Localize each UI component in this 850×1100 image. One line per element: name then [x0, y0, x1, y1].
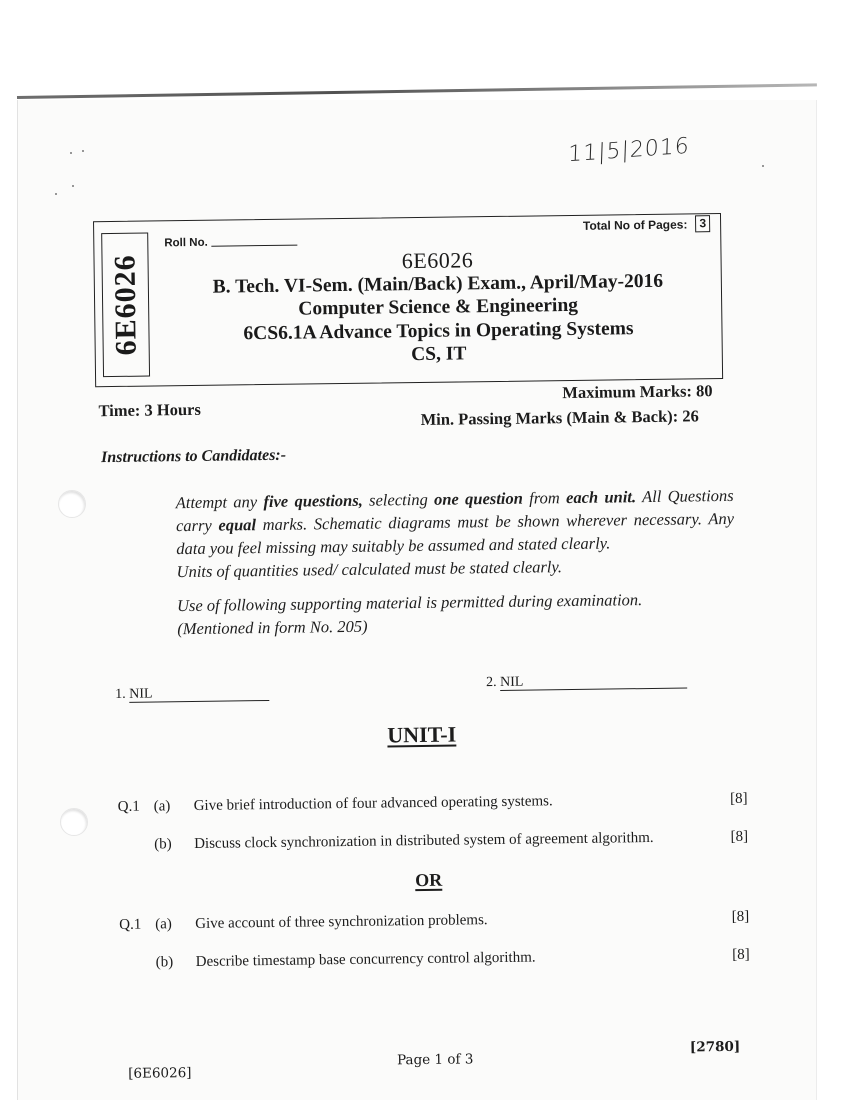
question-marks: [8] [722, 947, 750, 964]
instructions-heading: Instructions to Candidates:- [101, 447, 286, 467]
side-code: 6E6026 [108, 254, 143, 355]
header-box: 6E6026 Roll No. Total No of Pages: 3 6E6… [93, 213, 723, 387]
question-text: Discuss clock synchronization in distrib… [194, 829, 720, 853]
exam-title-block: 6E6026 B. Tech. VI-Sem. (Main/Back) Exam… [154, 245, 721, 370]
question-row: (b) Describe timestamp base concurrency … [120, 947, 750, 972]
page-number: Page 1 of 3 [397, 1051, 474, 1068]
question-part-label: (b) [156, 954, 196, 972]
question-number: Q.1 [118, 799, 154, 816]
emphasis: each unit. [566, 487, 636, 507]
roll-no-field: Roll No. [164, 236, 298, 250]
question-part-label: (b) [154, 836, 194, 854]
question-text: Describe timestamp base concurrency cont… [196, 947, 722, 971]
question-marks: [8] [720, 829, 748, 846]
text: marks. Schematic diagrams must be shown … [176, 509, 734, 558]
side-code-box: 6E6026 [101, 233, 150, 378]
material-number: 2. [486, 675, 497, 690]
question-text: Give account of three synchronization pr… [195, 909, 721, 933]
question-row: Q.1 (a) Give brief introduction of four … [118, 791, 748, 816]
text: selecting [363, 490, 435, 510]
question-row: Q.1 (a) Give account of three synchroniz… [119, 909, 749, 934]
question-text: Give brief introduction of four advanced… [194, 791, 720, 815]
question-number: Q.1 [119, 916, 155, 933]
text: from [523, 488, 566, 508]
roll-no-label: Roll No. [164, 237, 208, 250]
emphasis: equal [218, 515, 256, 534]
roll-no-blank [212, 245, 298, 247]
unit-title: UNIT-I [387, 722, 456, 748]
text: Attempt any [176, 492, 264, 512]
min-passing-marks: Min. Passing Marks (Main & Back): 26 [421, 406, 699, 430]
question-row: (b) Discuss clock synchronization in dis… [118, 829, 748, 854]
footer-paper-code: [6E6026] [128, 1065, 192, 1082]
material-value: NIL [129, 686, 269, 703]
footer-copy-count: [2780] [690, 1039, 741, 1056]
unit-heading: UNIT-I [2, 716, 850, 753]
total-pages-label: Total No of Pages: [583, 217, 688, 232]
question-marks: [8] [720, 791, 748, 808]
material-value: NIL [500, 674, 687, 691]
total-pages-value: 3 [695, 215, 710, 232]
or-divider: OR [4, 864, 850, 896]
exam-paper-content: 6E6026 Roll No. Total No of Pages: 3 6E6… [0, 0, 850, 1100]
instructions-body: Attempt any five questions, selecting on… [176, 484, 736, 640]
instruction-paragraph-1: Attempt any five questions, selecting on… [176, 484, 735, 560]
emphasis: five questions, [263, 491, 363, 511]
question-part-label: (a) [155, 916, 195, 934]
maximum-marks: Maximum Marks: 80 [562, 381, 713, 403]
total-pages: Total No of Pages: 3 [583, 215, 710, 234]
material-number: 1. [115, 687, 126, 702]
question-marks: [8] [721, 909, 749, 926]
permitted-material-2: 2. NIL [486, 673, 687, 692]
permitted-material-1: 1. NIL [115, 685, 269, 703]
exam-duration: Time: 3 Hours [98, 400, 201, 421]
emphasis: one question [434, 489, 523, 509]
question-part-label: (a) [154, 798, 194, 816]
